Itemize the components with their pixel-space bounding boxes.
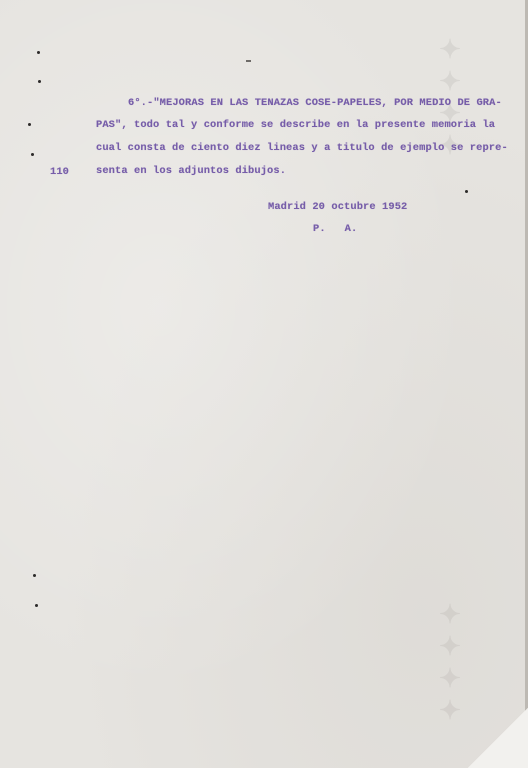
document-page: ✦✦✦✦ ✦✦✦✦ 6°.-"MEJORAS EN LAS TENAZAS CO… [0, 0, 528, 768]
date-line: Madrid 20 octubre 1952 [268, 201, 407, 213]
page-corner-fold [468, 708, 528, 768]
body-text-line: 6°.-"MEJORAS EN LAS TENAZAS COSE-PAPELES… [128, 97, 502, 109]
binding-hole-mark [31, 153, 34, 156]
signature-initials: P. A. [313, 223, 357, 235]
body-text-line: PAS", todo tal y conforme se describe en… [96, 119, 495, 131]
binding-hole-mark [38, 80, 41, 83]
margin-line-count: 110 [50, 166, 69, 178]
ink-speck [465, 190, 468, 193]
binding-hole-mark [35, 604, 38, 607]
body-text-line: cual consta de ciento diez lineas y a ti… [96, 142, 508, 154]
body-text-line: senta en los adjuntos dibujos. [96, 165, 286, 177]
paper-watermark-bottom: ✦✦✦✦ [425, 600, 465, 728]
binding-hole-mark [28, 123, 31, 126]
binding-hole-mark [33, 574, 36, 577]
binding-hole-mark [37, 51, 40, 54]
center-mark [246, 60, 251, 62]
